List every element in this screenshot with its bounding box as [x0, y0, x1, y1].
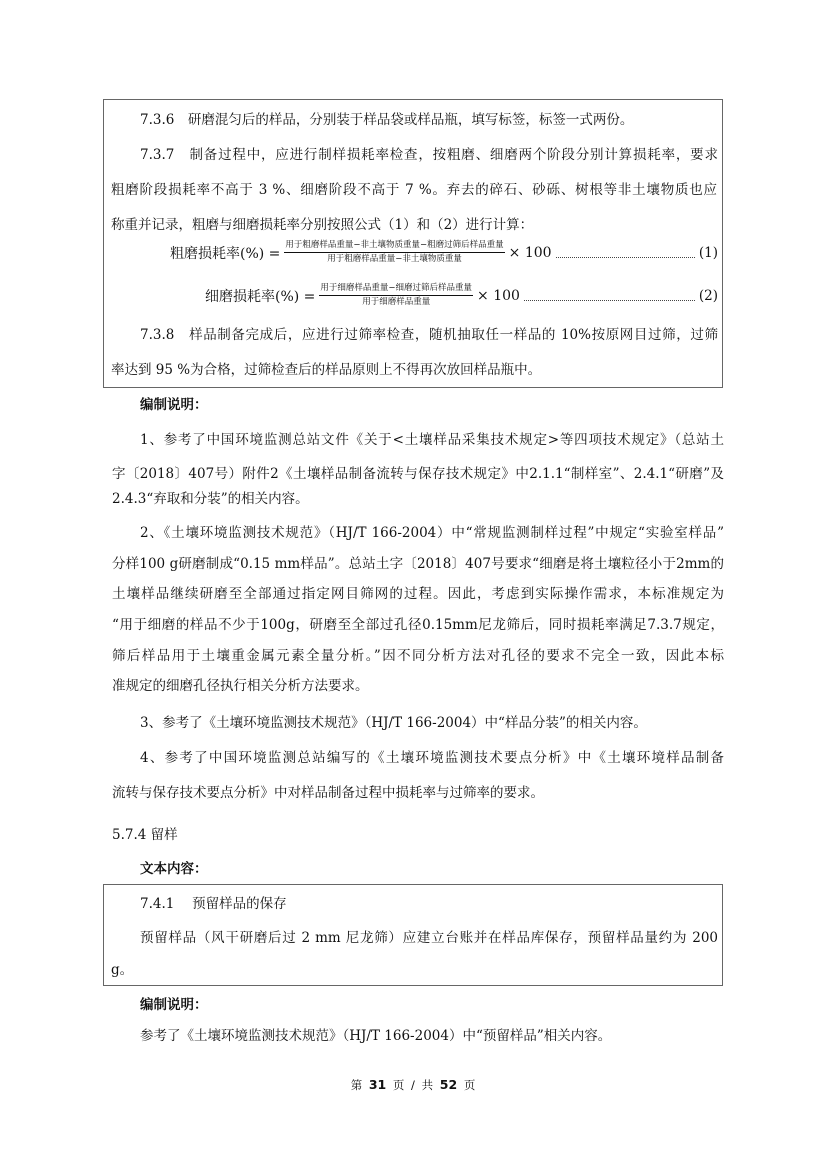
clause-7-3-6: 7.3.6 研磨混匀后的样品，分别装于样品袋或样品瓶，填写标签，标签一式两份。: [140, 111, 633, 129]
clause-7-3-7-line-2: 粗磨阶段损耗率不高于 3 %、细磨阶段不高于 7 %。弃去的碎石、砂砾、树根等非…: [111, 181, 717, 199]
note-2-line-3: 土壤样品继续研磨至全部通过指定网目筛网的过程。因此，考虑到实际操作需求，本标准规…: [112, 585, 724, 603]
formula-2-numerator: 用于细磨样品重量−细磨过筛后样品重量: [319, 283, 473, 296]
formula-coarse-loss-rate: 粗磨损耗率(%) = 用于粗磨样品重量−非土壤物质重量−粗磨过筛后样品重量 用于…: [170, 240, 718, 265]
note-3: 3、参考了《土壤环境监测技术规范》（HJ/T 166-2004）中“样品分装”的…: [140, 714, 647, 732]
clause-7-4-1-title: 7.4.1 预留样品的保存: [140, 895, 287, 913]
note-2-line-2: 分样100 g研磨制成“0.15 mm样品”。总站土字〔2018〕407号要求“…: [112, 555, 724, 573]
text-content-label: 文本内容：: [140, 860, 208, 878]
clause-7-4-1-line-2: g。: [111, 961, 133, 979]
footer-prefix: 第: [351, 1078, 363, 1092]
formula-1-denominator: 用于粗磨样品重量−非土壤物质重量: [327, 253, 462, 265]
clause-7-3-7-line-3: 称重并记录，粗磨与细磨损耗率分别按照公式（1）和（2）进行计算：: [111, 216, 533, 234]
compilation-notes-heading-2: 编制说明：: [140, 996, 208, 1014]
page-footer: 第 31 页 / 共 52 页: [0, 1077, 826, 1093]
note-1-line-2: 字〔2018〕407号）附件2《土壤样品制备流转与保存技术规定》中2.1.1“制…: [112, 465, 724, 483]
formula-2-fraction: 用于细磨样品重量−细磨过筛后样品重量 用于细磨样品重量: [319, 283, 473, 308]
total-page-count: 52: [440, 1077, 457, 1092]
note-2-line-6: 准规定的细磨孔径执行相关分析方法要求。: [112, 677, 369, 695]
clause-7-3-8-line-1: 7.3.8 样品制备完成后，应进行过筛率检查，随机抽取任一样品的 10%按原网目…: [140, 326, 718, 344]
note-2-line-4: “用于细磨的样品不少于100g，研磨至全部过孔径0.15mm尼龙筛后，同时损耗率…: [112, 616, 724, 634]
document-page: 7.3.6 研磨混匀后的样品，分别装于样品袋或样品瓶，填写标签，标签一式两份。 …: [0, 0, 826, 1169]
formula-2-leader-dots: [524, 290, 695, 301]
clause-7-4-1-line-1: 预留样品（风干研磨后过 2 mm 尼龙筛）应建立台账并在样品库保存，预留样品量约…: [140, 929, 718, 947]
formula-1-numerator: 用于粗磨样品重量−非土壤物质重量−粗磨过筛后样品重量: [284, 240, 504, 253]
note-4-line-1: 4、参考了中国环境监测总站编写的《土壤环境监测技术要点分析》中《土壤环境样品制备: [140, 749, 724, 767]
formula-fine-loss-rate: 细磨损耗率(%) = 用于细磨样品重量−细磨过筛后样品重量 用于细磨样品重量 ×…: [205, 283, 718, 308]
clause-7-3-7-line-1: 7.3.7 制备过程中，应进行制样损耗率检查，按粗磨、细磨两个阶段分别计算损耗率…: [140, 146, 718, 164]
formula-1-multiplier: × 100: [509, 245, 552, 261]
note-2-line-1: 2、《土壤环境监测技术规范》（HJ/T 166-2004）中“常规监测制样过程”…: [140, 524, 724, 542]
formula-2-number: (2): [699, 288, 718, 304]
note-2-line-5: 筛后样品用于土壤重金属元素全量分析。”因不同分析方法对孔径的要求不完全一致，因此…: [112, 647, 724, 665]
current-page-number: 31: [369, 1077, 386, 1092]
formula-1-fraction: 用于粗磨样品重量−非土壤物质重量−粗磨过筛后样品重量 用于粗磨样品重量−非土壤物…: [284, 240, 504, 265]
formula-2-multiplier: × 100: [477, 288, 520, 304]
note-4-line-2: 流转与保存技术要点分析》中对样品制备过程中损耗率与过筛率的要求。: [112, 784, 544, 802]
footer-mid: 页 / 共: [393, 1078, 433, 1092]
formula-2-label: 细磨损耗率(%) =: [205, 286, 315, 306]
clause-7-3-8-line-2: 率达到 95 %为合格，过筛检查后的样品原则上不得再次放回样品瓶中。: [111, 361, 541, 379]
section-heading-5-7-4: 5.7.4 留样: [112, 826, 178, 844]
formula-1-number: (1): [699, 245, 718, 261]
note-1-line-3: 2.4.3“弃取和分装”的相关内容。: [112, 490, 309, 508]
note-1-line-1: 1、参考了中国环境监测总站文件《关于<土壤样品采集技术规定>等四项技术规定》（总…: [140, 431, 724, 449]
footer-suffix: 页: [464, 1078, 476, 1092]
note-reserved-sample: 参考了《土壤环境监测技术规范》（HJ/T 166-2004）中“预留样品”相关内…: [140, 1027, 611, 1045]
formula-1-leader-dots: [556, 247, 695, 258]
compilation-notes-heading-1: 编制说明：: [140, 396, 208, 414]
formula-2-denominator: 用于细磨样品重量: [362, 296, 430, 308]
formula-1-label: 粗磨损耗率(%) =: [170, 243, 280, 263]
